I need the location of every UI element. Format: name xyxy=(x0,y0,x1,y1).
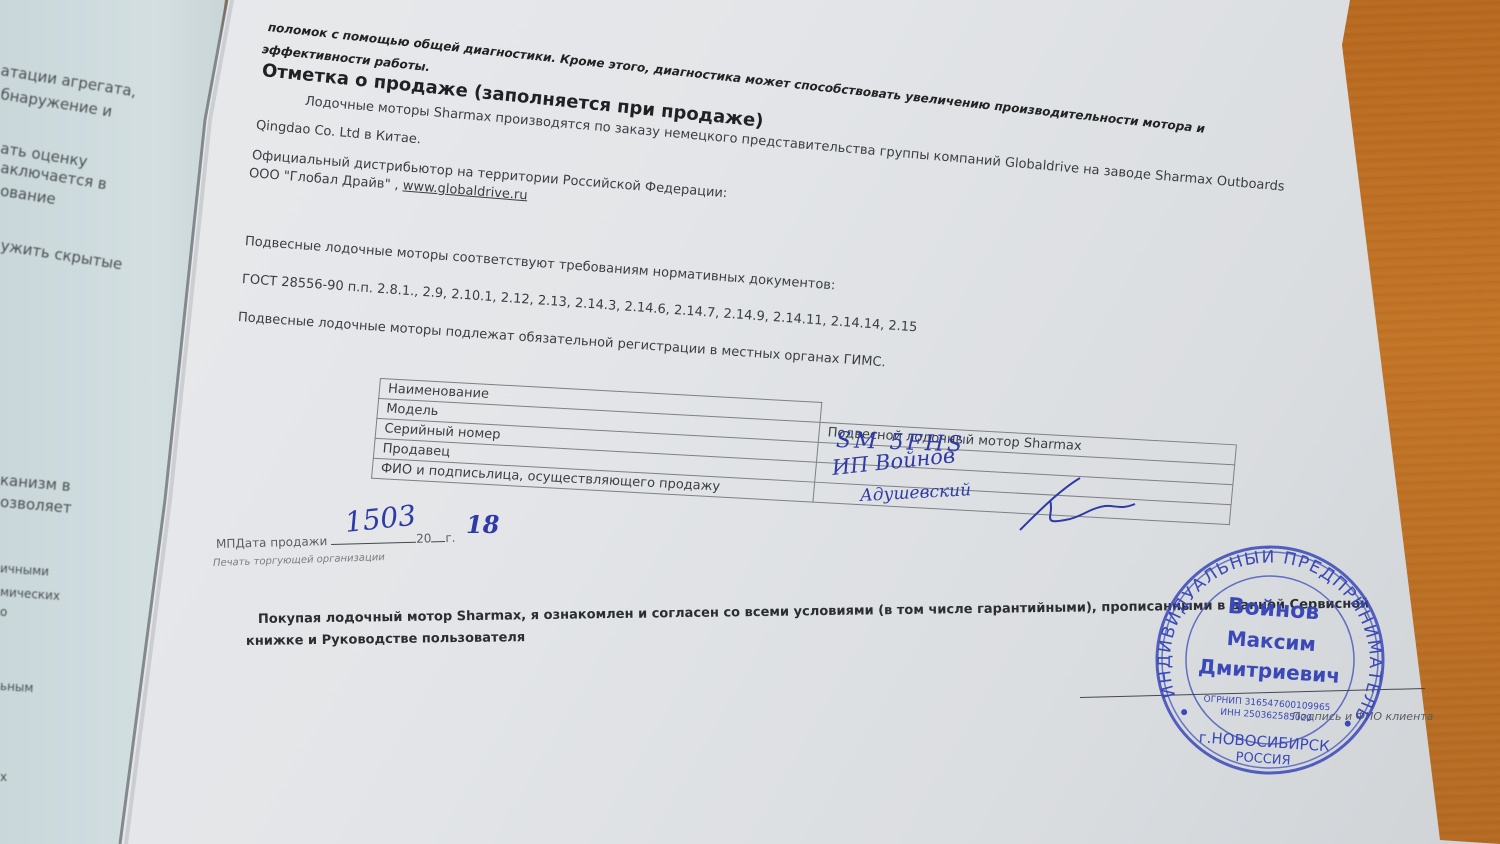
stamp-graphic: ИНДИВИДУАЛЬНЫЙ ПРЕДПРИНИМАТЕЛЬ Войнов Ма… xyxy=(1142,532,1398,788)
stamp-dot xyxy=(1345,720,1351,726)
company-stamp: ИНДИВИДУАЛЬНЫЙ ПРЕДПРИНИМАТЕЛЬ Войнов Ма… xyxy=(1142,532,1398,788)
manufacturer-text-line1: Лодочные моторы Sharmax производятся по … xyxy=(304,94,1285,195)
stamp-caption: Печать торгующей организации xyxy=(213,552,385,569)
sale-date-blank[interactable] xyxy=(331,542,416,545)
sale-year-suffix: г. xyxy=(445,531,455,545)
handwritten-signature xyxy=(1010,470,1160,540)
sale-year-blank[interactable] xyxy=(431,541,445,542)
sale-date-row: МПДата продажи 20г. xyxy=(216,531,456,551)
stamp-first-name: Максим xyxy=(1226,626,1317,656)
sale-year-prefix: 20 xyxy=(416,531,432,545)
stamp-surname: Войнов xyxy=(1227,594,1320,625)
sale-date-label: МПДата продажи xyxy=(216,534,328,551)
agreement-text-line2: книжке и Руководстве пользователя xyxy=(246,630,525,649)
stamp-dot xyxy=(1181,709,1187,715)
stamp-country: РОССИЯ xyxy=(1235,750,1291,769)
stamp-patronymic: Дмитриевич xyxy=(1198,654,1341,688)
handwritten-sale-year: 18 xyxy=(466,510,499,539)
manufacturer-text-line2: Qingdao Co. Ltd в Китае. xyxy=(255,118,421,147)
warranty-sale-page: поломок с помощью общей диагностики. Кро… xyxy=(0,0,1500,844)
